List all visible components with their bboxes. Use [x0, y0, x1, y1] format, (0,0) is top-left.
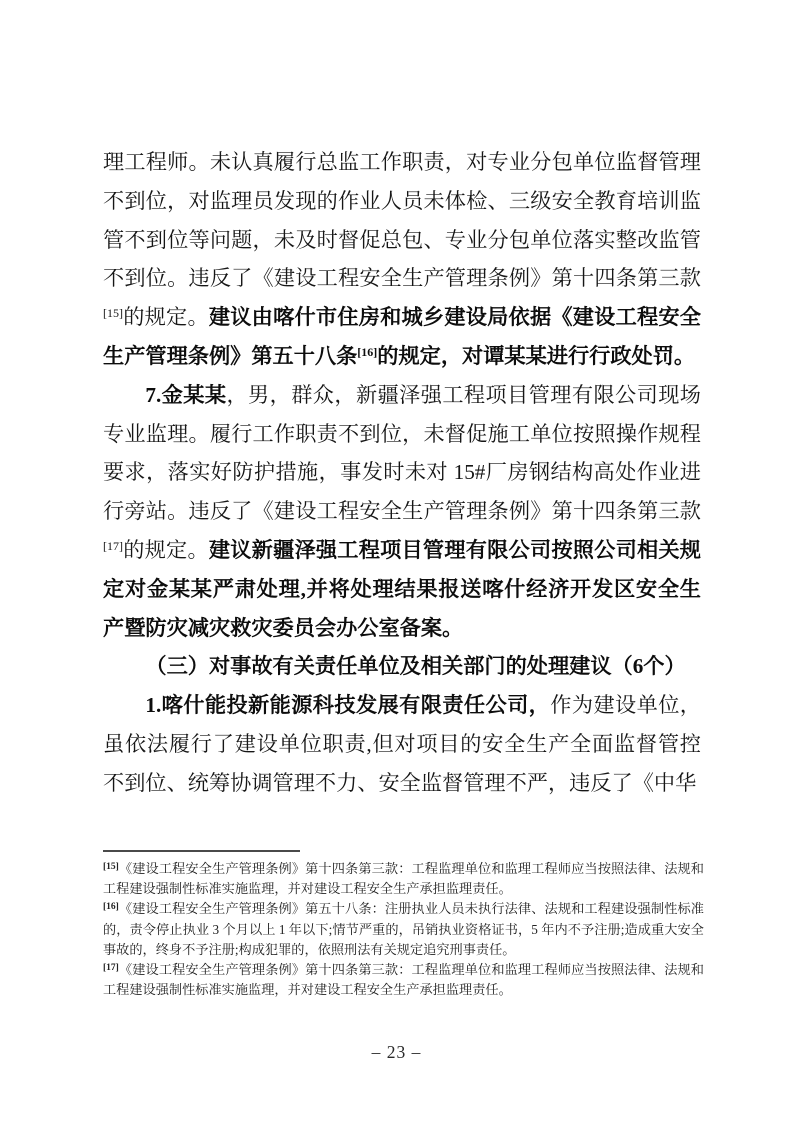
paragraph-1-kashi-company: 1.喀什能投新能源科技发展有限责任公司，作为建设单位，虽依法履行了建设单位职责,…	[103, 686, 701, 802]
document-page: 理工程师。未认真履行总监工作职责，对专业分包单位监督管理不到位，对监理员发现的作…	[0, 0, 793, 1122]
footnote-reference: [16]	[357, 345, 377, 359]
footnote-marker-17: [17]	[103, 963, 119, 973]
footnote-text-17: 《建设工程安全生产管理条例》第十四条第三款：工程监理单位和监理工程师应当按照法律…	[103, 962, 704, 997]
bold-text-run: 1.喀什能投新能源科技发展有限责任公司，	[145, 693, 550, 717]
footnote-separator	[103, 850, 300, 852]
footnote-text-15: 《建设工程安全生产管理条例》第十四条第三款：工程监理单位和监理工程师应当按照法律…	[103, 861, 704, 896]
footnote-reference: [15]	[103, 306, 123, 320]
page-number: – 23 –	[0, 1042, 793, 1063]
text-run: 的规定。	[123, 538, 209, 562]
paragraph-7-jin-supervisor: 7.金某某，男，群众，新疆泽强工程项目管理有限公司现场专业监理。履行工作职责不到…	[103, 376, 701, 648]
bold-text-run: （三）对事故有关责任单位及相关部门的处理建议（6个）	[145, 654, 685, 678]
footnote-text-16: 《建设工程安全生产管理条例》第五十八条：注册执业人员未执行法律、法规和工程建设强…	[103, 901, 704, 956]
text-run: 理工程师。未认真履行总监工作职责，对专业分包单位监督管理不到位，对监理员发现的作…	[103, 150, 701, 290]
footnote-marker-15: [15]	[103, 862, 119, 872]
footnote-16: [16]《建设工程安全生产管理条例》第五十八条：注册执业人员未执行法律、法规和工…	[103, 899, 704, 960]
bold-text-run: 的规定，对谭某某进行行政处罚。	[377, 344, 695, 368]
section-heading-3: （三）对事故有关责任单位及相关部门的处理建议（6个）	[103, 647, 701, 686]
footnote-17: [17]《建设工程安全生产管理条例》第十四条第三款：工程监理单位和监理工程师应当…	[103, 960, 704, 1000]
footnote-marker-16: [16]	[103, 902, 119, 912]
footnote-reference: [17]	[103, 539, 123, 553]
footnotes-section: [15]《建设工程安全生产管理条例》第十四条第三款：工程监理单位和监理工程师应当…	[103, 850, 704, 1000]
text-run: 的规定。	[123, 305, 209, 329]
document-body: 理工程师。未认真履行总监工作职责，对专业分包单位监督管理不到位，对监理员发现的作…	[103, 143, 701, 803]
bold-text-run: 7.金某某	[145, 383, 226, 407]
paragraph-tan-supervisor-penalty: 理工程师。未认真履行总监工作职责，对专业分包单位监督管理不到位，对监理员发现的作…	[103, 143, 701, 376]
footnote-15: [15]《建设工程安全生产管理条例》第十四条第三款：工程监理单位和监理工程师应当…	[103, 859, 704, 899]
